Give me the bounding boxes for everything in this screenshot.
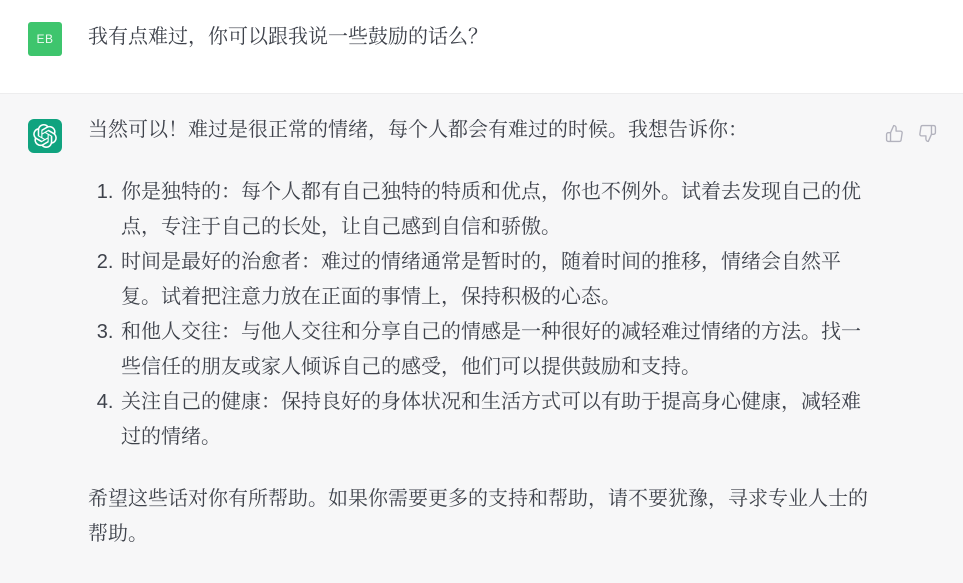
- assistant-message-content: 当然可以！难过是很正常的情绪，每个人都会有难过的时候。我想告诉你： 你是独特的：…: [88, 113, 870, 552]
- list-item-3: 和他人交往：与他人交往和分享自己的情感是一种很好的减轻难过情绪的方法。找一些信任…: [119, 315, 870, 385]
- assistant-message-row: 当然可以！难过是很正常的情绪，每个人都会有难过的时候。我想告诉你： 你是独特的：…: [0, 93, 963, 583]
- thumbs-up-icon: [885, 124, 904, 143]
- assistant-list: 你是独特的：每个人都有自己独特的特质和优点，你也不例外。试着去发现自己的优点，专…: [88, 175, 870, 455]
- user-message-row: EB 我有点难过，你可以跟我说一些鼓励的话么？: [0, 0, 963, 93]
- user-avatar: EB: [28, 22, 62, 56]
- list-item-2: 时间是最好的治愈者：难过的情绪通常是暂时的，随着时间的推移，情绪会自然平复。试着…: [119, 245, 870, 315]
- thumbs-down-button[interactable]: [918, 124, 937, 143]
- thumbs-down-icon: [918, 124, 937, 143]
- list-item-4: 关注自己的健康：保持良好的身体状况和生活方式可以有助于提高身心健康，减轻难过的情…: [119, 385, 870, 455]
- chat-container: EB 我有点难过，你可以跟我说一些鼓励的话么？ 当然可以！难过是很正常的情绪，每…: [0, 0, 963, 583]
- list-item-1: 你是独特的：每个人都有自己独特的特质和优点，你也不例外。试着去发现自己的优点，专…: [119, 175, 870, 245]
- assistant-intro: 当然可以！难过是很正常的情绪，每个人都会有难过的时候。我想告诉你：: [88, 113, 870, 148]
- openai-logo-icon: [33, 124, 57, 148]
- assistant-outro: 希望这些话对你有所帮助。如果你需要更多的支持和帮助，请不要犹豫，寻求专业人士的帮…: [88, 482, 870, 552]
- user-message-text: 我有点难过，你可以跟我说一些鼓励的话么？: [88, 20, 488, 55]
- assistant-avatar: [28, 119, 62, 153]
- feedback-buttons: [885, 124, 937, 143]
- thumbs-up-button[interactable]: [885, 124, 904, 143]
